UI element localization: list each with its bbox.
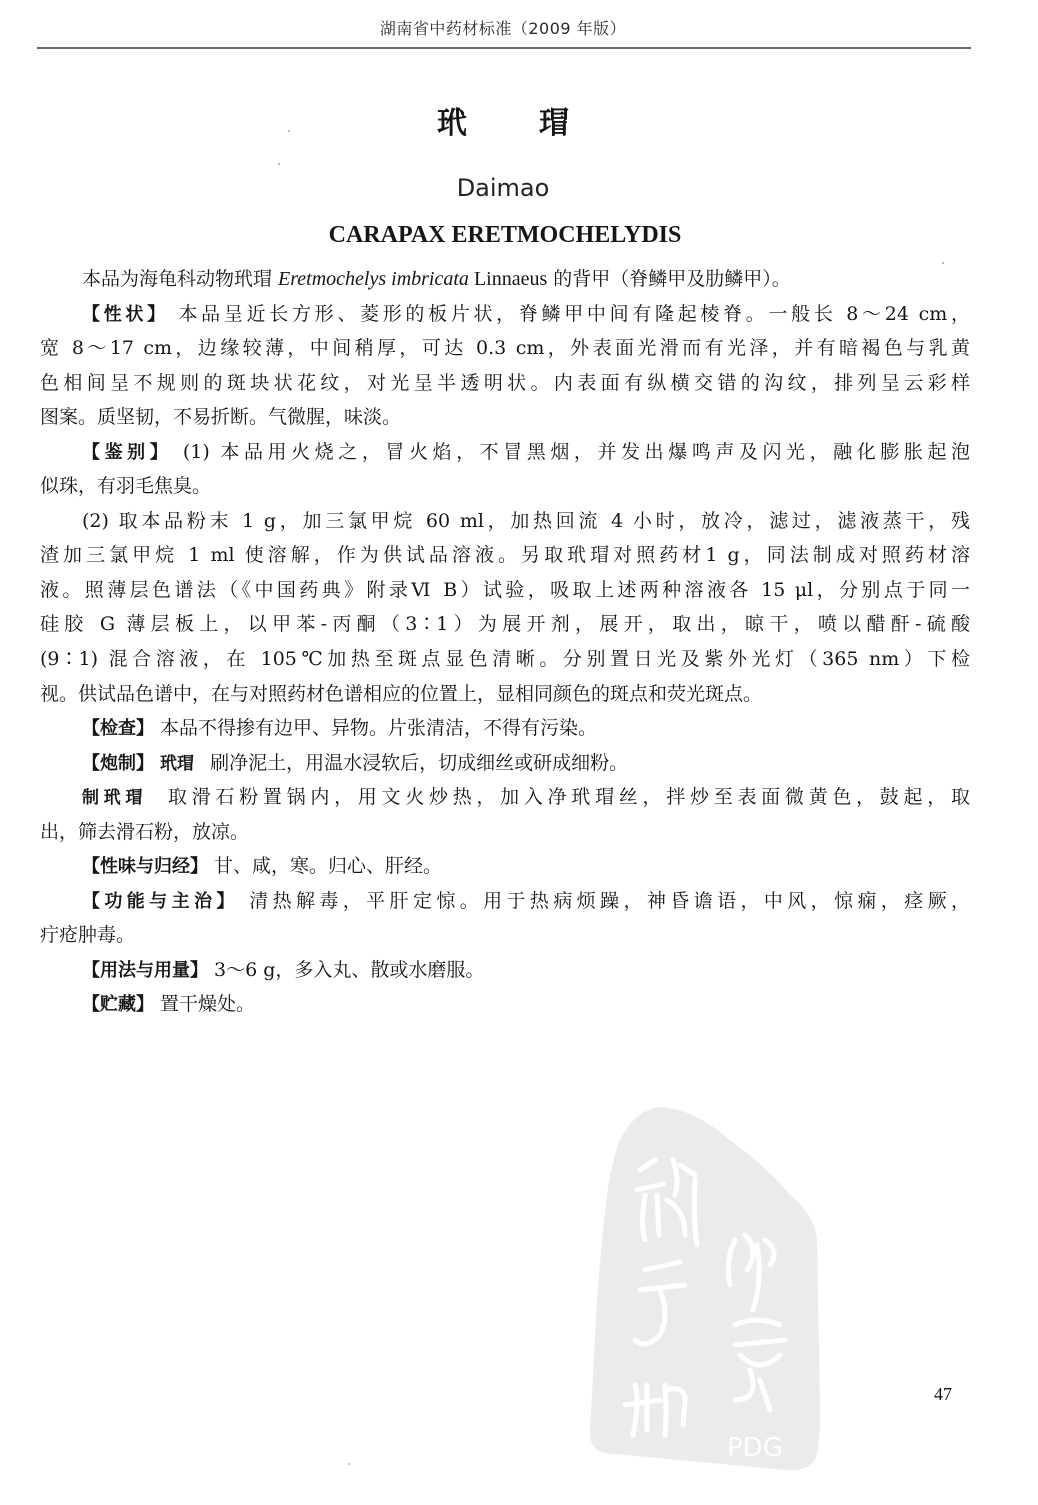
intro-text-end: 的背甲（脊鳞甲及肋鳞甲）。 — [547, 268, 791, 290]
scan-speck — [348, 1463, 350, 1465]
title-char-1: 玳 — [437, 106, 467, 141]
processing-item-name: 玳瑁 — [160, 754, 194, 774]
title-char-2: 瑁 — [539, 106, 569, 141]
section-identification-line: 似珠，有羽毛焦臭。 — [40, 469, 970, 504]
section-text: 清热解毒，平肝定惊。用于热病烦躁，神昏谵语，中风，惊痫，痉厥， — [239, 890, 970, 912]
section-label-nature: 【性味与归经】 — [82, 856, 208, 877]
section-label-indications: 【功能与主治】 — [82, 891, 239, 912]
section-text: 置干燥处。 — [154, 993, 255, 1015]
section-text: 本品呈近长方形、菱形的板片状，脊鳞甲中间有隆起棱脊。一般长 8～24 cm， — [169, 303, 970, 325]
scan-speck — [942, 262, 944, 264]
page-title-pinyin: Daimao — [0, 174, 1006, 202]
header-rule — [37, 47, 971, 49]
running-header: 湖南省中药材标准（2009 年版） — [0, 16, 1006, 39]
monograph-body: 本品为海龟科动物玳瑁 Eretmochelys imbricata Linnae… — [40, 262, 970, 1022]
page-number: 47 — [934, 1384, 952, 1405]
processing-item-name: 制玳瑁 — [82, 788, 147, 808]
section-identification-line: 硅胶 G 薄层板上，以甲苯-丙酮（3∶1）为展开剂，展开，取出，晾干，喷以醋酐-… — [40, 607, 970, 642]
section-indications-line: 【功能与主治】 清热解毒，平肝定惊。用于热病烦躁，神昏谵语，中风，惊痫，痉厥， — [40, 884, 970, 919]
section-description-line: 色相间呈不规则的斑块状花纹，对光呈半透明状。内表面有纵横交错的沟纹，排列呈云彩样 — [40, 366, 970, 401]
section-storage-line: 【贮藏】 置干燥处。 — [40, 987, 970, 1022]
section-text: (1) 本品用火烧之，冒火焰，不冒黑烟，并发出爆鸣声及闪光，融化膨胀起泡 — [172, 441, 970, 463]
section-description-line: 宽 8～17 cm，边缘较薄，中间稍厚，可达 0.3 cm，外表面光滑而有光泽，… — [40, 331, 970, 366]
section-label-identification: 【鉴别】 — [82, 442, 172, 463]
section-identification-line: (2) 取本品粉末 1 g，加三氯甲烷 60 ml，加热回流 4 小时，放冷，滤… — [40, 504, 970, 539]
section-description-line: 图案。质坚韧，不易折断。气微腥，味淡。 — [40, 400, 970, 435]
species-author: Linnaeus — [469, 268, 547, 290]
scan-speck — [288, 130, 290, 132]
section-identification-line: 液。照薄层色谱法（《中国药典》附录Ⅵ B）试验，吸取上述两种溶液各 15 μl，… — [40, 573, 970, 608]
section-description-line: 【性状】 本品呈近长方形、菱形的板片状，脊鳞甲中间有隆起棱脊。一般长 8～24 … — [40, 297, 970, 332]
page-title-chinese: 玳瑁 — [0, 98, 1006, 142]
section-text: 取滑石粉置锅内，用文火炒热，加入净玳瑁丝，拌炒至表面微黄色，鼓起，取 — [168, 786, 970, 808]
section-label-storage: 【贮藏】 — [82, 994, 154, 1015]
section-label-inspection: 【检查】 — [82, 718, 154, 739]
section-nature-line: 【性味与归经】 甘、咸，寒。归心、肝经。 — [40, 849, 970, 884]
section-indications-line: 疔疮肿毒。 — [40, 918, 970, 953]
seal-pdg-text: PDG — [727, 1433, 783, 1463]
section-text: 刷净泥土，用温水浸软后，切成细丝或研成细粉。 — [210, 752, 628, 774]
section-identification-line: 渣加三氯甲烷 1 ml 使溶解，作为供试品溶液。另取玳瑁对照药材1 g，同法制成… — [40, 538, 970, 573]
seal-stamp-icon: PDG — [585, 1100, 825, 1475]
section-label-processing: 【炮制】 — [82, 753, 154, 774]
section-identification-line: 视。供试品色谱中，在与对照药材色谱相应的位置上，显相同颜色的斑点和荧光斑点。 — [40, 677, 970, 712]
intro-text: 本品为海龟科动物玳瑁 — [82, 268, 278, 290]
page-title-latin: CARAPAX ERETMOCHELYDIS — [0, 222, 1010, 249]
section-processing-line: 出，筛去滑石粉，放凉。 — [40, 815, 970, 850]
section-label-description: 【性状】 — [82, 304, 169, 325]
section-label-dosage: 【用法与用量】 — [82, 960, 208, 981]
species-name: Eretmochelys imbricata — [278, 268, 469, 290]
section-processing-line: 制玳瑁 取滑石粉置锅内，用文火炒热，加入净玳瑁丝，拌炒至表面微黄色，鼓起，取 — [40, 780, 970, 815]
section-text: 本品不得掺有边甲、异物。片张清洁，不得有污染。 — [154, 717, 597, 739]
section-identification-line: 【鉴别】 (1) 本品用火烧之，冒火焰，不冒黑烟，并发出爆鸣声及闪光，融化膨胀起… — [40, 435, 970, 470]
section-dosage-line: 【用法与用量】 3～6 g，多入丸、散或水磨服。 — [40, 953, 970, 988]
section-processing-line: 【炮制】 玳瑁 刷净泥土，用温水浸软后，切成细丝或研成细粉。 — [40, 746, 970, 781]
section-text: 甘、咸，寒。归心、肝经。 — [208, 855, 442, 877]
scan-speck — [278, 163, 280, 165]
intro-paragraph: 本品为海龟科动物玳瑁 Eretmochelys imbricata Linnae… — [40, 262, 970, 297]
section-identification-line: (9∶1) 混合溶液，在 105℃加热至斑点显色清晰。分别置日光及紫外光灯（36… — [40, 642, 970, 677]
seal-watermark: PDG — [585, 1100, 825, 1475]
section-text: 3～6 g，多入丸、散或水磨服。 — [208, 959, 484, 981]
section-inspection-line: 【检查】 本品不得掺有边甲、异物。片张清洁，不得有污染。 — [40, 711, 970, 746]
